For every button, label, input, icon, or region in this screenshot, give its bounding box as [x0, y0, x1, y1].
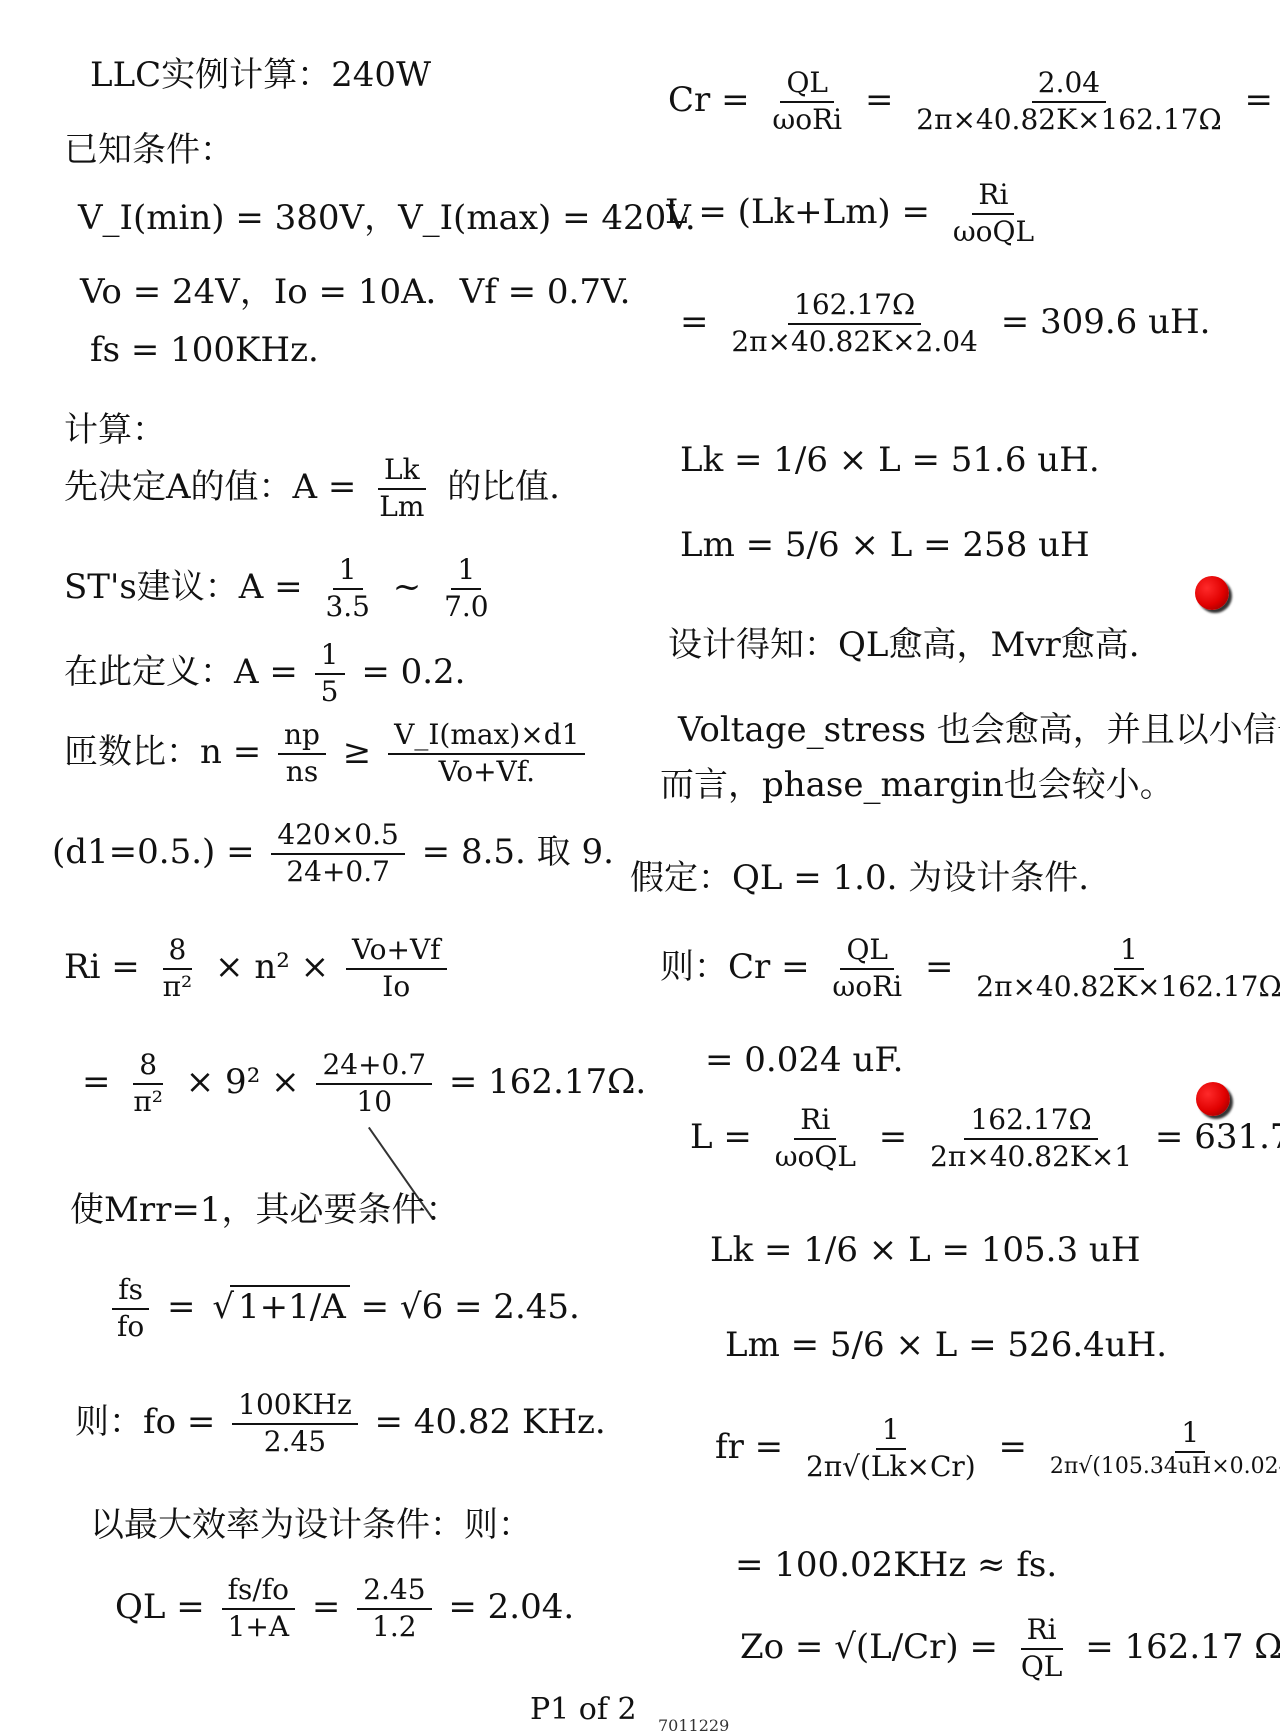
duty-note: (d1=0.5.) = — [52, 832, 255, 872]
input-voltage-line: V_I(min) = 380V，V_I(max) = 420V. — [78, 198, 696, 239]
lk-line-2: Lk = 1/6 × L = 105.3 uH — [710, 1230, 1140, 1271]
l-definition-line: L = (Lk+Lm) = RiωoQL — [665, 180, 1046, 248]
fr-fraction-2: 12π√(105.34uH×0.024uF) — [1044, 1418, 1280, 1479]
ge-symbol: ≥ — [343, 732, 372, 772]
fo-line: 则：fo = 100KHz2.45 = 40.82 KHz. — [75, 1390, 606, 1458]
l-value-line: = 162.17Ω2π×40.82K×2.04 = 309.6 uH. — [680, 290, 1210, 358]
cr-result: = 0.049uF — [1244, 80, 1280, 120]
fr-prefix: fr = — [715, 1427, 783, 1467]
st-fraction-1: 13.5 — [319, 555, 376, 623]
l-def-prefix: L = (Lk+Lm) = — [665, 192, 930, 232]
ql-line: QL = fs/fo1+A = 2.451.2 = 2.04. — [115, 1575, 574, 1643]
page-stamp: 7011229 — [658, 1716, 729, 1735]
define-suffix: = 0.2. — [361, 652, 465, 692]
st-tilde: ~ — [393, 567, 422, 607]
mrr-condition-heading: 使Mrr=1，其必要条件： — [70, 1190, 459, 1231]
calculation-heading: 计算： — [64, 410, 166, 451]
fo-fraction: 100KHz2.45 — [232, 1390, 358, 1458]
turns-value-line: (d1=0.5.) = 420×0.524+0.7 = 8.5. 取 9. — [52, 820, 614, 888]
max-efficiency-heading: 以最大效率为设计条件：则： — [90, 1505, 532, 1546]
ri-mid: × n² × — [215, 947, 329, 987]
ri-fraction-2: Vo+VfIo — [346, 935, 447, 1003]
l2-result: = 631.7 uH. — [1155, 1117, 1280, 1157]
design-note-1: 设计得知：QL愈高，Mvr愈高. — [668, 625, 1140, 666]
turns-value-fraction: 420×0.524+0.7 — [271, 820, 404, 888]
fr-result: = 100.02KHz ≈ fs. — [735, 1545, 1057, 1586]
a-definition-line: 先决定A的值：A = LkLm 的比值. — [64, 455, 560, 523]
ri-prefix: Ri = — [64, 947, 140, 987]
l2-fraction-2: 162.17Ω2π×40.82K×1 — [924, 1105, 1138, 1173]
ql-result: = 2.04. — [448, 1587, 574, 1627]
cr-fraction-2: 2.042π×40.82K×162.17Ω — [910, 68, 1227, 136]
l-val-prefix: = — [680, 302, 709, 342]
known-conditions-heading: 已知条件： — [64, 130, 234, 171]
design-note-2: Voltage_stress 也会愈高，并且以小信号 — [678, 710, 1280, 751]
fr-fraction-1: 12π√(Lk×Cr) — [800, 1415, 982, 1483]
ri2-prefix: = — [82, 1062, 111, 1102]
output-spec-line: Vo = 24V，Io = 10A．Vf = 0.7V. — [80, 272, 630, 313]
ratio-eq: = — [167, 1287, 196, 1327]
fo-prefix: 则：fo = — [75, 1402, 215, 1442]
l-def-fraction: RiωoQL — [947, 180, 1040, 248]
lm-line-1: Lm = 5/6 × L = 258 uH — [680, 525, 1090, 566]
cr2-prefix: 则：Cr = — [660, 947, 810, 987]
l-val-result: = 309.6 uH. — [1001, 302, 1211, 342]
zo-fraction: RiQL — [1015, 1615, 1069, 1683]
a-def-suffix: 的比值. — [447, 467, 560, 507]
zo-line: Zo = √(L/Cr) = RiQL = 162.17 Ω. — [740, 1615, 1280, 1683]
cr-fraction-1: QLωoRi — [766, 68, 848, 136]
ql-fraction-2: 2.451.2 — [357, 1575, 431, 1643]
l2-fraction-1: RiωoQL — [769, 1105, 862, 1173]
ri-fraction-1: 8π² — [157, 935, 199, 1003]
st-recommendation-line: ST's建议：A = 13.5 ~ 17.0 — [64, 555, 501, 623]
define-fraction: 15 — [315, 640, 345, 708]
cr2-fraction-1: QLωoRi — [826, 935, 908, 1003]
a-def-prefix: 先决定A的值：A = — [64, 467, 356, 507]
turns-result: = 8.5. 取 9. — [422, 832, 614, 872]
st-fraction-2: 17.0 — [438, 555, 495, 623]
lm-line-2: Lm = 5/6 × L = 526.4uH. — [725, 1325, 1167, 1366]
l2-line: L = RiωoQL = 162.17Ω2π×40.82K×1 = 631.7 … — [690, 1105, 1280, 1173]
sqrt-expression: 1+1/A — [230, 1285, 349, 1328]
ri-result: = 162.17Ω. — [449, 1062, 646, 1102]
l2-prefix: L = — [690, 1117, 752, 1157]
page-number: P1 of 2 — [530, 1692, 637, 1728]
ri2-mid: × 9² × — [186, 1062, 300, 1102]
turns-right-fraction: V_I(max)×d1Vo+Vf. — [388, 720, 585, 788]
zo-result: = 162.17 Ω. — [1085, 1627, 1280, 1667]
lk-line-1: Lk = 1/6 × L = 51.6 uH. — [680, 440, 1100, 481]
a-value-line: 在此定义：A = 15 = 0.2. — [64, 640, 466, 708]
a-def-fraction: LkLm — [373, 455, 430, 523]
ql-prefix: QL = — [115, 1587, 205, 1627]
define-prefix: 在此定义：A = — [64, 652, 298, 692]
ri2-fraction-2: 24+0.710 — [316, 1050, 432, 1118]
ri-formula-line: Ri = 8π² × n² × Vo+VfIo — [64, 935, 453, 1003]
page-title: LLC实例计算：240W — [90, 55, 431, 96]
turns-prefix: 匝数比：n = — [64, 732, 261, 772]
ri2-fraction-1: 8π² — [127, 1050, 169, 1118]
cr-line: Cr = QLωoRi = 2.042π×40.82K×162.17Ω = 0.… — [668, 68, 1280, 136]
ratio-result: = √6 = 2.45. — [361, 1287, 580, 1327]
st-prefix: ST's建议：A = — [64, 567, 303, 607]
cr-prefix: Cr = — [668, 80, 750, 120]
assumption-line: 假定：QL = 1.0. 为设计条件. — [630, 858, 1089, 899]
red-dot-marker — [1195, 576, 1229, 610]
cr2-result: = 0.024 uF. — [705, 1040, 903, 1081]
ql-fraction-1: fs/fo1+A — [222, 1575, 296, 1643]
cr2-line: 则：Cr = QLωoRi = 12π×40.82K×162.17Ω — [660, 935, 1280, 1003]
cr2-fraction-2: 12π×40.82K×162.17Ω — [970, 935, 1280, 1003]
frequency-ratio-line: fsfo = 1+1/A = √6 = 2.45. — [105, 1275, 580, 1343]
turns-fraction: npns — [278, 720, 326, 788]
fo-result: = 40.82 KHz. — [375, 1402, 606, 1442]
ri-value-line: = 8π² × 9² × 24+0.710 = 162.17Ω. — [82, 1050, 646, 1118]
switching-frequency-line: fs = 100KHz. — [90, 330, 319, 371]
l-val-fraction: 162.17Ω2π×40.82K×2.04 — [725, 290, 984, 358]
fs-fo-fraction: fsfo — [111, 1275, 150, 1343]
fr-line: fr = 12π√(Lk×Cr) = 12π√(105.34uH×0.024uF… — [715, 1415, 1280, 1483]
design-note-3: 而言，phase_margin也会较小。 — [660, 765, 1174, 806]
turns-ratio-line: 匝数比：n = npns ≥ V_I(max)×d1Vo+Vf. — [64, 720, 591, 788]
zo-prefix: Zo = √(L/Cr) = — [740, 1627, 998, 1667]
